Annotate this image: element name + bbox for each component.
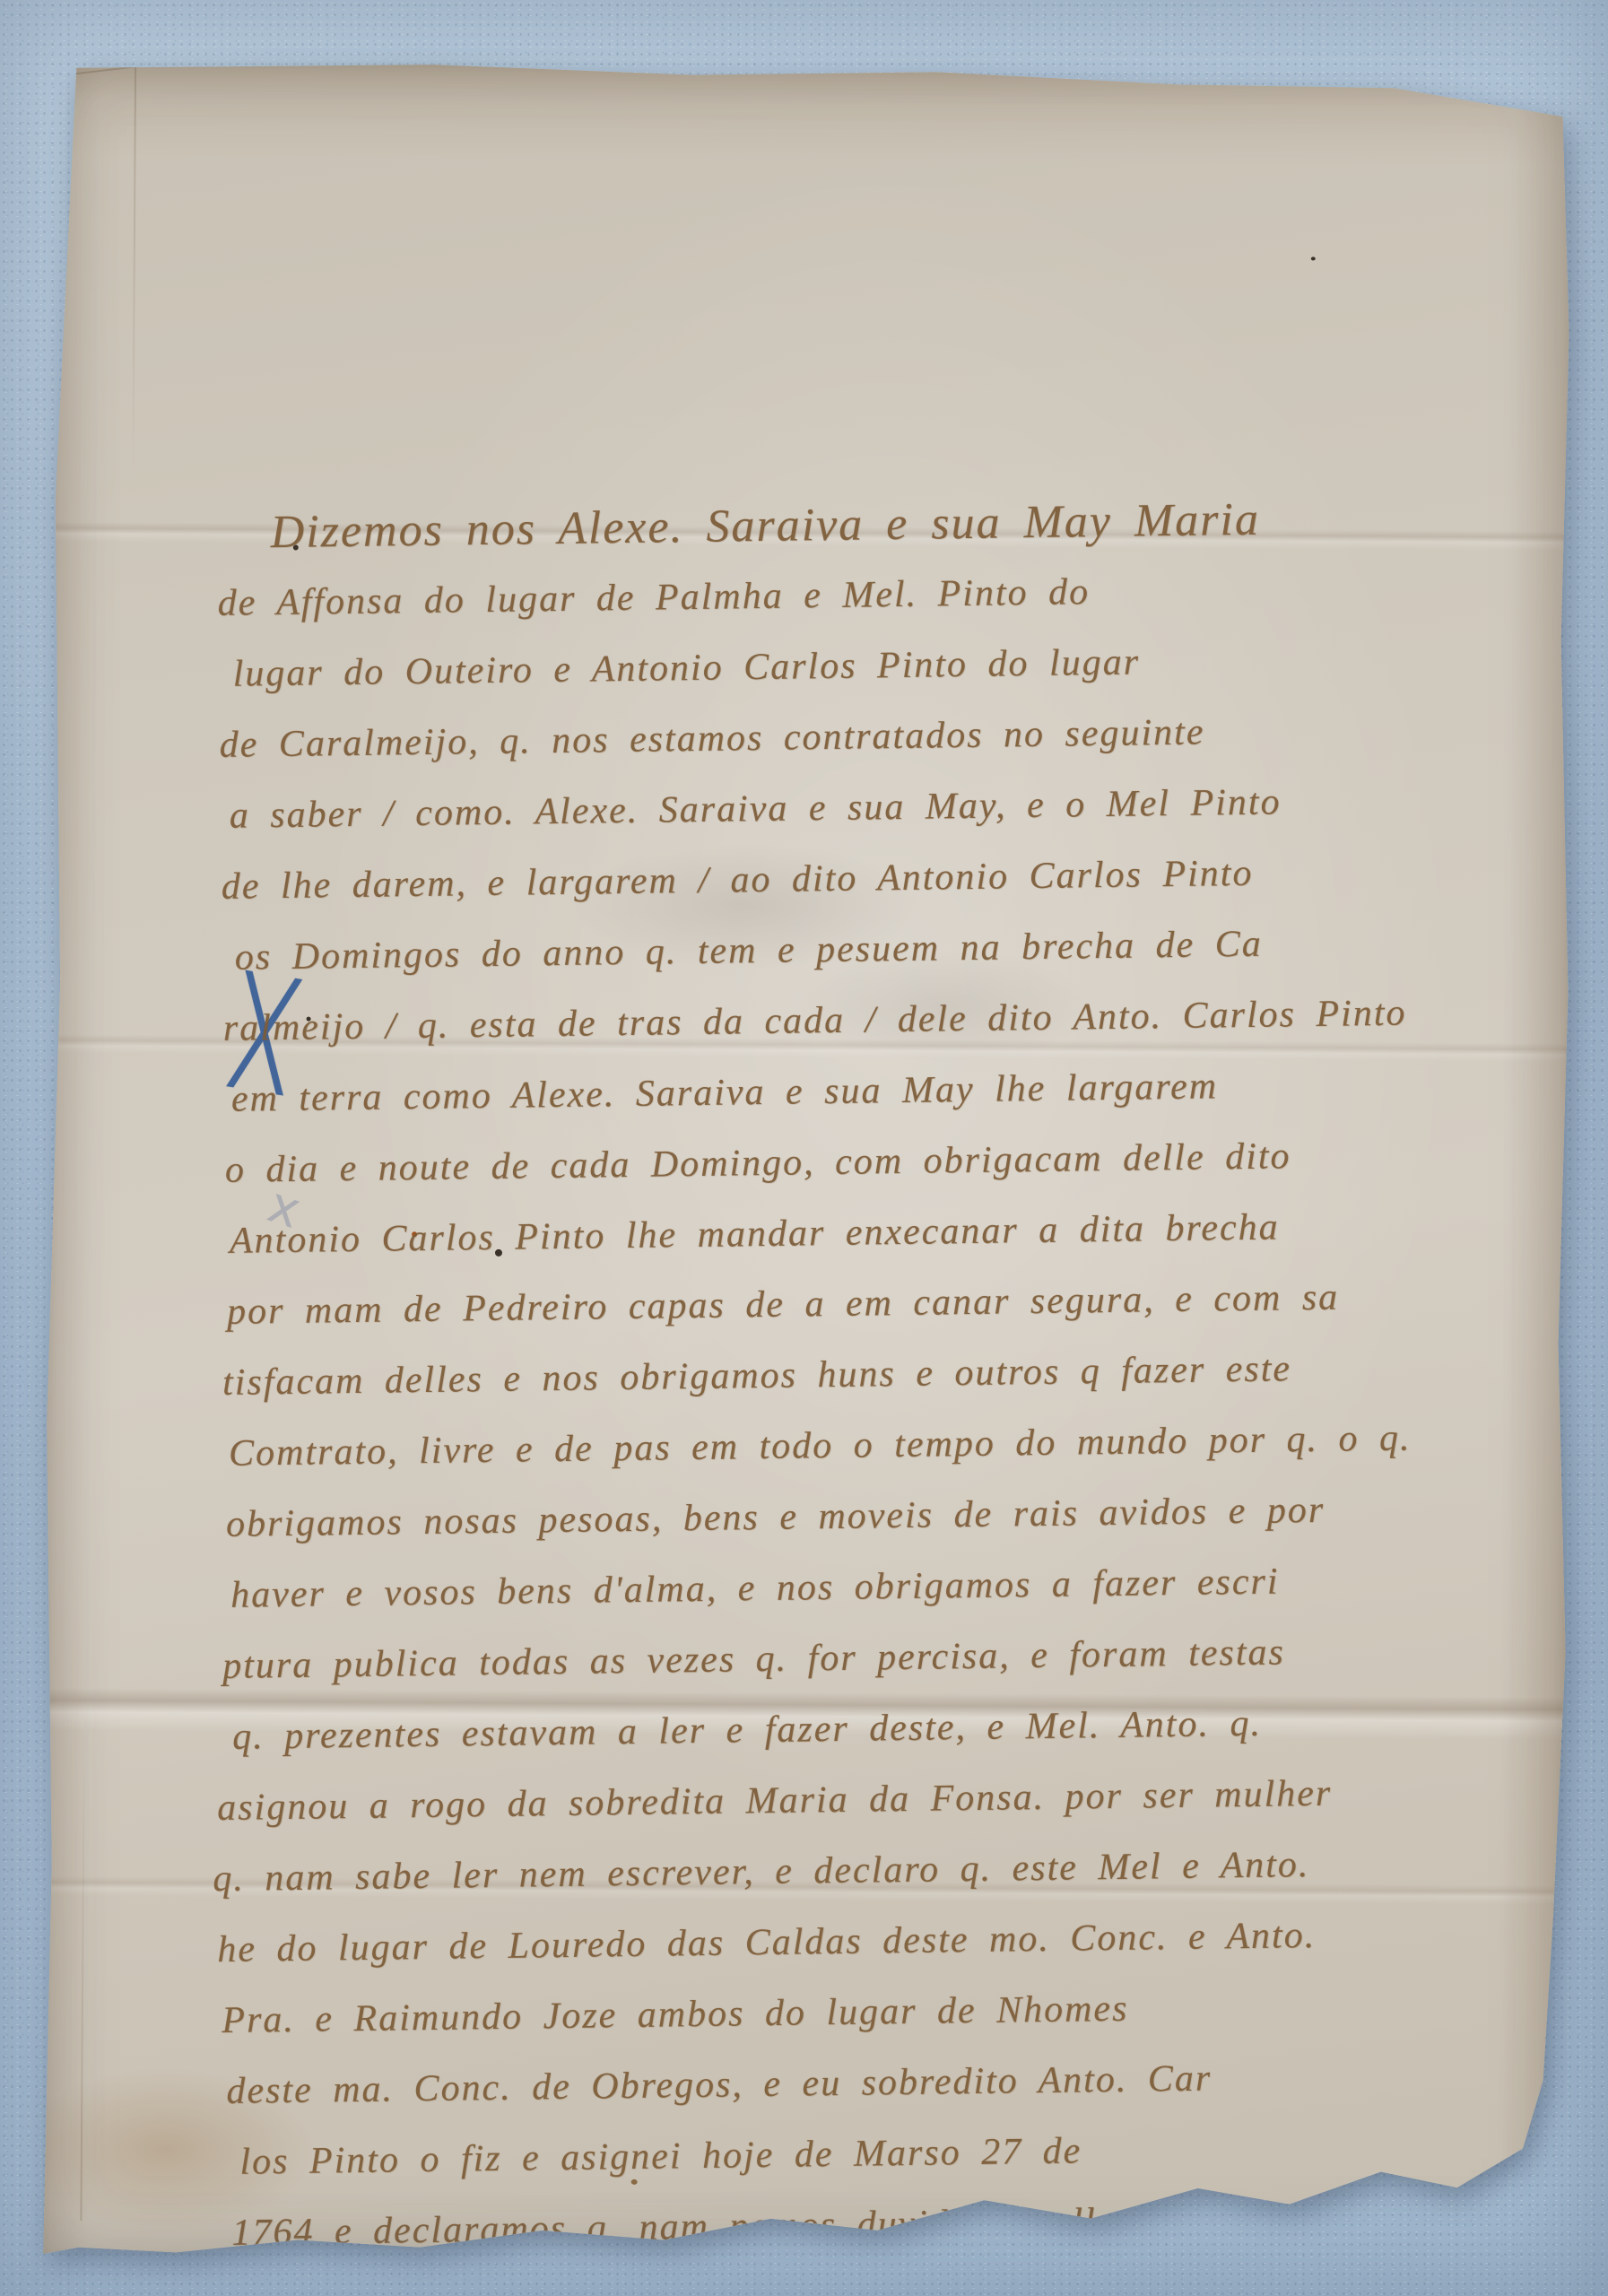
manuscript-text: Dizemos nos Alexe. Saraiva e sua May Mar… xyxy=(216,480,1603,2269)
photo-background: ╳ x Dizemos nos Alexe. Saraiva e sua May… xyxy=(0,0,1608,2296)
paper-sheet: ╳ x Dizemos nos Alexe. Saraiva e sua May… xyxy=(39,59,1577,2267)
crease-line xyxy=(132,65,136,486)
crease-line xyxy=(70,30,444,75)
crease-line xyxy=(80,1718,84,2221)
paper-shadow: ╳ x Dizemos nos Alexe. Saraiva e sua May… xyxy=(0,0,1608,2296)
paper-speck xyxy=(1311,257,1316,260)
